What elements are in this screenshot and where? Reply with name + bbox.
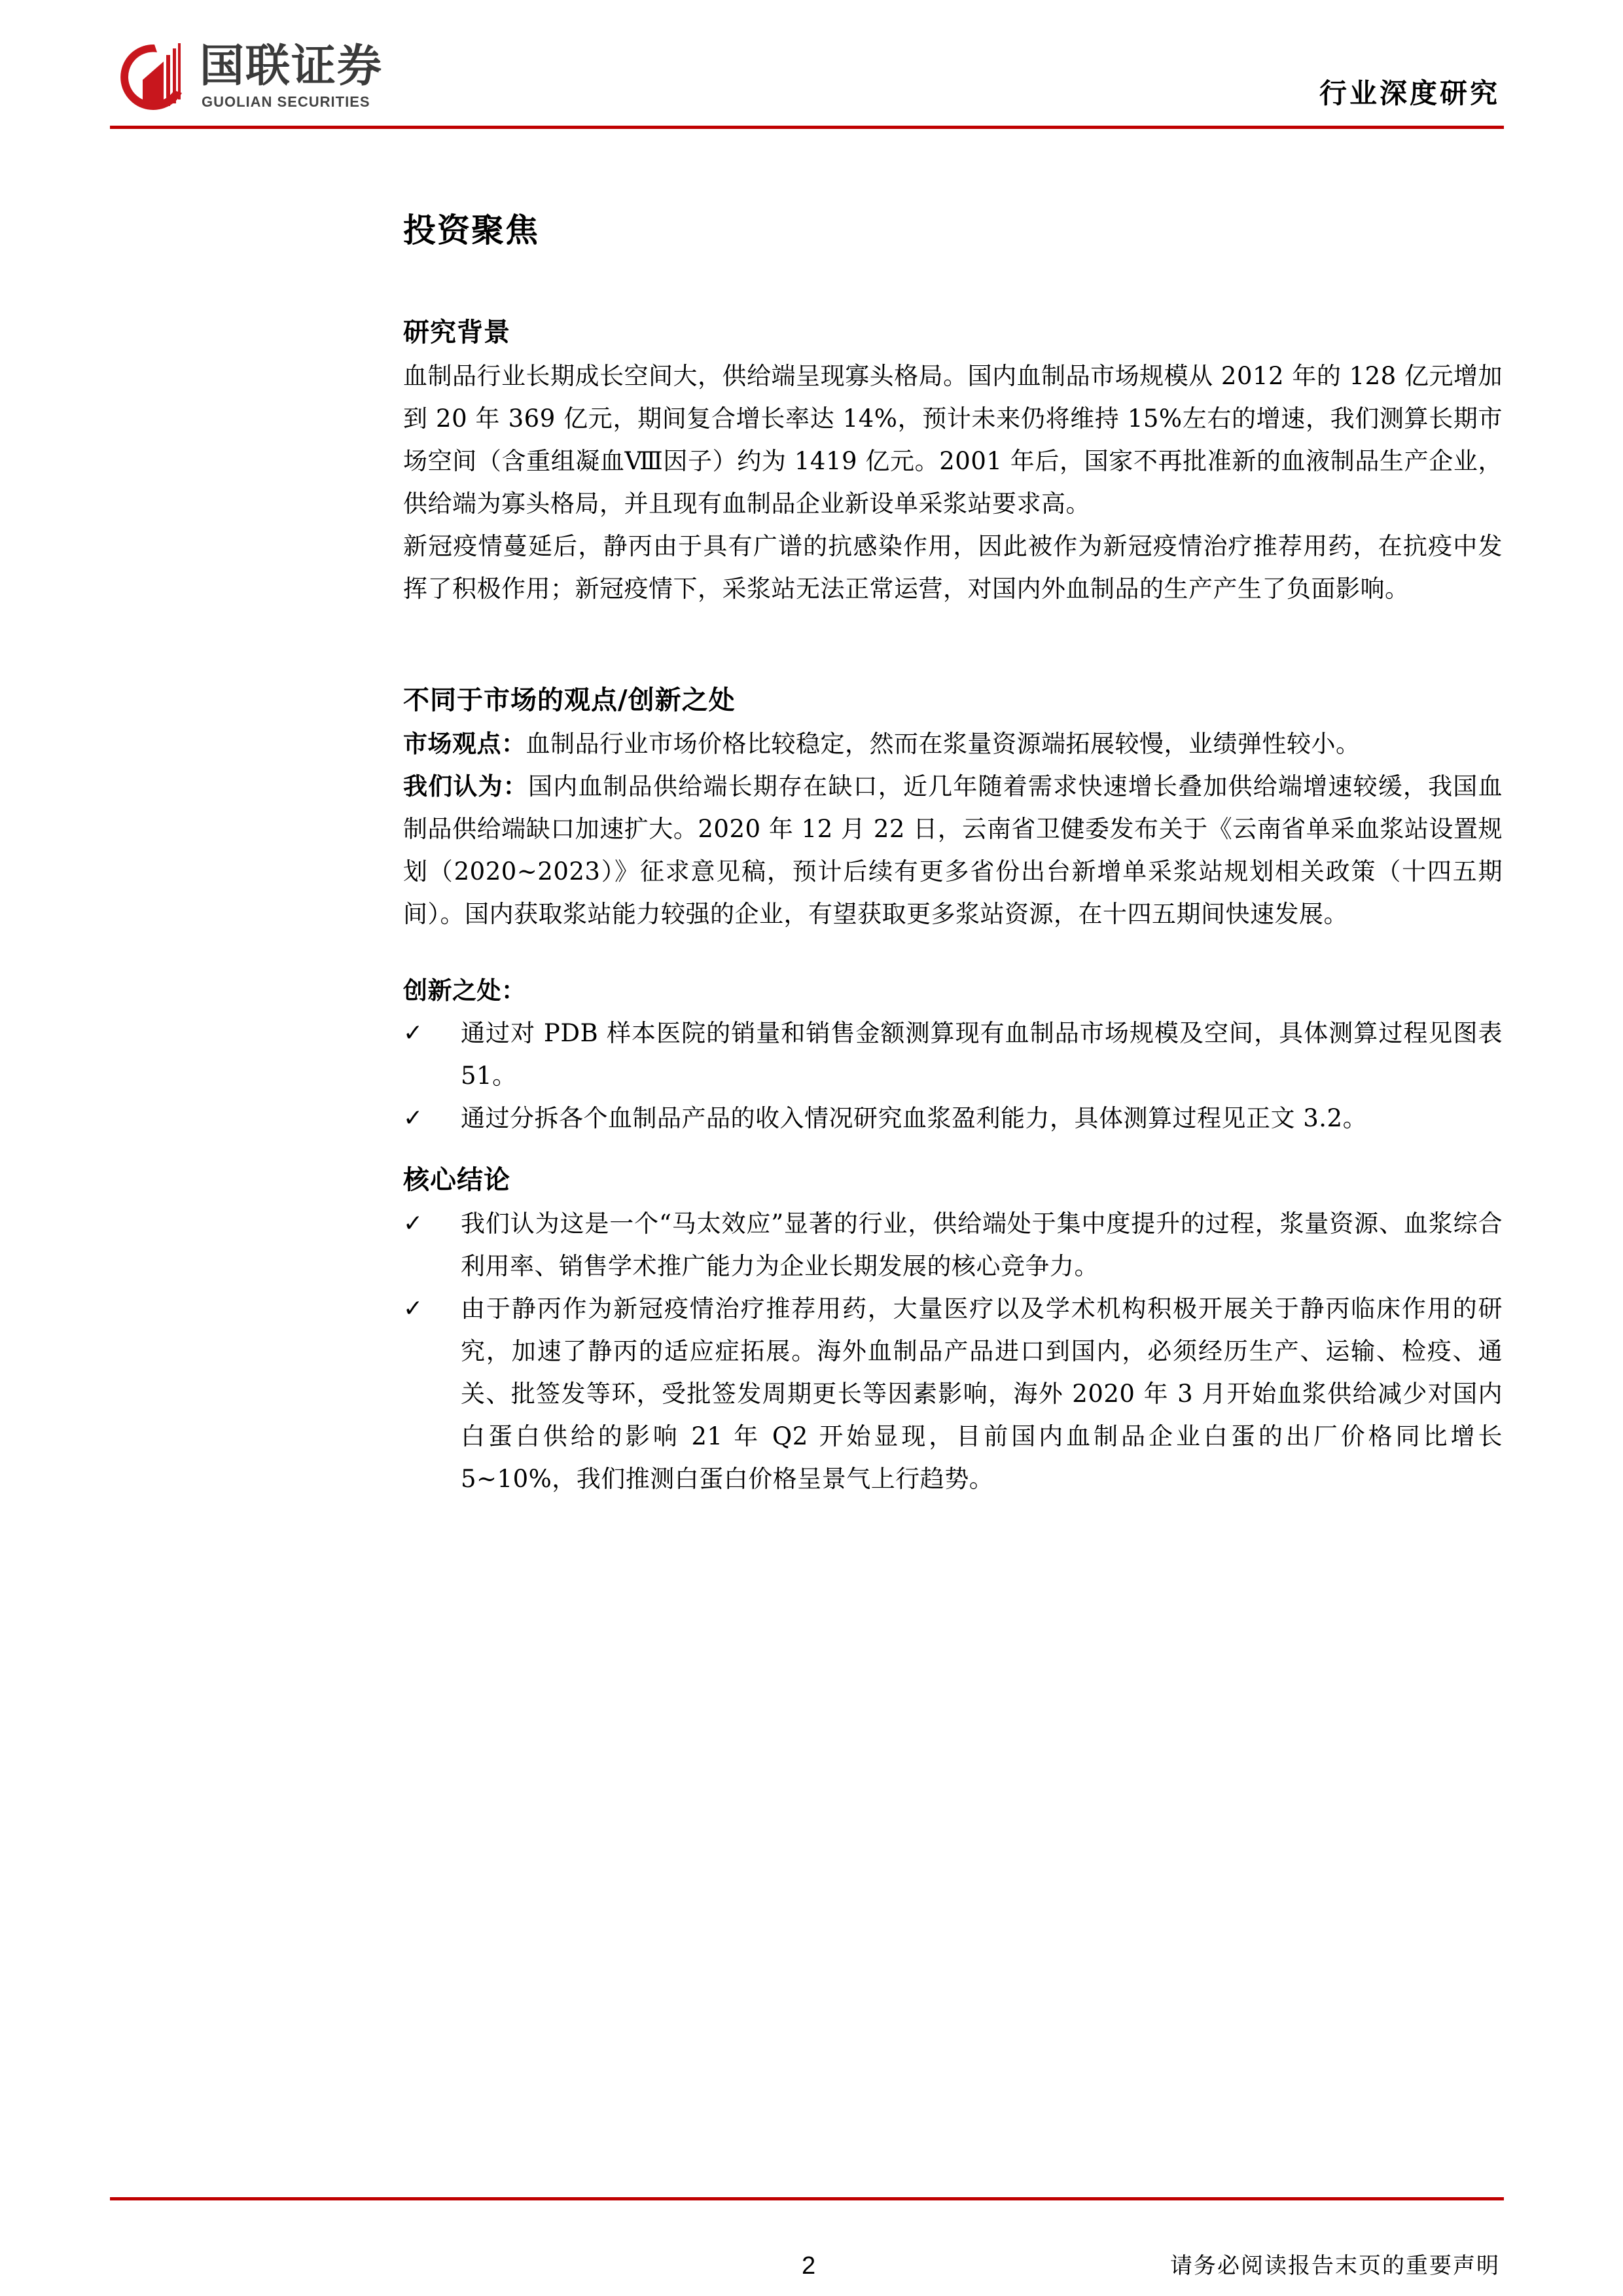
page-title: 投资聚焦 bbox=[403, 209, 1503, 251]
market-view-label: 市场观点： bbox=[403, 729, 526, 758]
list-item-text: 通过对 PDB 样本医院的销量和销售金额测算现有血制品市场规模及空间，具体测算过… bbox=[461, 1019, 1503, 1090]
footer-divider bbox=[110, 2197, 1504, 2200]
list-item-text: 我们认为这是一个“马太效应”显著的行业，供给端处于集中度提升的过程，浆量资源、血… bbox=[461, 1210, 1503, 1280]
check-icon: ✓ bbox=[403, 1287, 423, 1330]
page-number: 2 bbox=[802, 2251, 815, 2280]
check-icon: ✓ bbox=[403, 1012, 423, 1054]
market-view-text: 血制品行业市场价格比较稳定，然而在浆量资源端拓展较慢，业绩弹性较小。 bbox=[526, 730, 1361, 758]
our-view-paragraph: 我们认为：国内血制品供给端长期存在缺口，近几年随着需求快速增长叠加供给端增速较缓… bbox=[403, 765, 1503, 935]
logo-english-name: GUOLIAN SECURITIES bbox=[202, 94, 370, 110]
list-item-text: 通过分拆各个血制品产品的收入情况研究血浆盈利能力，具体测算过程见正文 3.2。 bbox=[461, 1104, 1367, 1132]
list-item: ✓ 我们认为这是一个“马太效应”显著的行业，供给端处于集中度提升的过程，浆量资源… bbox=[403, 1202, 1503, 1287]
section-title: 核心结论 bbox=[403, 1163, 1503, 1197]
innovation-label: 创新之处： bbox=[403, 969, 1503, 1012]
list-item: ✓ 由于静丙作为新冠疫情治疗推荐用药，大量医疗以及学术机构积极开展关于静丙临床作… bbox=[403, 1287, 1503, 1500]
section-differentiated-view: 不同于市场的观点/创新之处 市场观点：血制品行业市场价格比较稳定，然而在浆量资源… bbox=[403, 683, 1503, 1139]
market-view-paragraph: 市场观点：血制品行业市场价格比较稳定，然而在浆量资源端拓展较慢，业绩弹性较小。 bbox=[403, 723, 1503, 765]
disclaimer-note: 请务必阅读报告末页的重要声明 bbox=[1170, 2251, 1500, 2280]
list-item: ✓ 通过对 PDB 样本医院的销量和销售金额测算现有血制品市场规模及空间，具体测… bbox=[403, 1012, 1503, 1097]
list-item: ✓ 通过分拆各个血制品产品的收入情况研究血浆盈利能力，具体测算过程见正文 3.2… bbox=[403, 1097, 1503, 1139]
section-research-background: 研究背景 血制品行业长期成长空间大，供给端呈现寡头格局。国内血制品市场规模从 2… bbox=[403, 315, 1503, 610]
main-content: 投资聚焦 研究背景 血制品行业长期成长空间大，供给端呈现寡头格局。国内血制品市场… bbox=[403, 209, 1503, 1500]
our-view-label: 我们认为： bbox=[403, 772, 528, 800]
report-type-label: 行业深度研究 bbox=[1319, 77, 1500, 110]
section-core-conclusion: 核心结论 ✓ 我们认为这是一个“马太效应”显著的行业，供给端处于集中度提升的过程… bbox=[403, 1163, 1503, 1500]
list-item-text: 由于静丙作为新冠疫情治疗推荐用药，大量医疗以及学术机构积极开展关于静丙临床作用的… bbox=[461, 1295, 1503, 1493]
check-icon: ✓ bbox=[403, 1097, 423, 1139]
header-divider bbox=[110, 126, 1504, 129]
page-header: 国联证券 GUOLIAN SECURITIES 行业深度研究 bbox=[0, 0, 1623, 131]
paragraph: 血制品行业长期成长空间大，供给端呈现寡头格局。国内血制品市场规模从 2012 年… bbox=[403, 355, 1503, 525]
company-logo: 国联证券 GUOLIAN SECURITIES bbox=[118, 41, 412, 114]
guolian-logo-icon bbox=[118, 41, 191, 114]
section-title: 研究背景 bbox=[403, 315, 1503, 350]
paragraph: 新冠疫情蔓延后，静丙由于具有广谱的抗感染作用，因此被作为新冠疫情治疗推荐用药，在… bbox=[403, 525, 1503, 610]
section-title: 不同于市场的观点/创新之处 bbox=[403, 683, 1503, 717]
our-view-text: 国内血制品供给端长期存在缺口，近几年随着需求快速增长叠加供给端增速较缓，我国血制… bbox=[403, 772, 1503, 928]
logo-chinese-name: 国联证券 bbox=[200, 43, 383, 90]
check-icon: ✓ bbox=[403, 1202, 423, 1245]
